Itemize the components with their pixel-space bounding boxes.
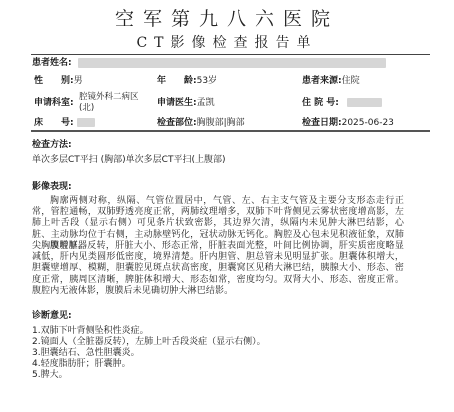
bed-no-redacted xyxy=(77,118,95,127)
dept-label: 申请科室: xyxy=(34,98,74,108)
bed-label: 床 号: xyxy=(34,118,74,128)
findings-paragraph-abdomen: 腹腔脏器反转，肝脏大小、形态正常，肝脏表面光整，叶间比例协调，肝实质密度略显减低… xyxy=(32,241,404,297)
diagnosis-item: 2.镜面人（全脏器反转），左肺上叶舌段炎症（显示右侧）。 xyxy=(32,337,266,348)
admission-no-redacted xyxy=(347,98,382,107)
doctor-field: 申请医生:孟凯 xyxy=(157,98,215,109)
gender-field: 性 别:男 xyxy=(34,76,83,87)
exam-part-field: 检查部位:胸腹部|胸部 xyxy=(157,118,245,129)
findings-label: 影像表现: xyxy=(32,182,72,193)
exam-date-value: 2025-06-23 xyxy=(342,118,394,128)
diagnosis-item: 1.双肺下叶背侧坠积性炎症。 xyxy=(32,326,266,337)
age-label: 年 龄: xyxy=(157,76,197,86)
patient-name-redacted xyxy=(78,58,386,68)
exam-part-label: 检查部位: xyxy=(157,118,197,128)
exam-method-label: 检查方法: xyxy=(32,140,72,151)
patient-source-label: 患者来源: xyxy=(302,76,342,86)
gender-label: 性 别: xyxy=(34,76,74,86)
exam-date-field: 检查日期:2025-06-23 xyxy=(302,118,394,129)
exam-part-value: 胸腹部|胸部 xyxy=(197,118,245,128)
dept-value-line2: (北) xyxy=(79,103,139,114)
info-divider xyxy=(31,130,430,132)
dept-field: 申请科室: xyxy=(34,98,74,109)
gender-value: 男 xyxy=(74,76,83,86)
age-value: 53岁 xyxy=(197,76,217,86)
patient-source-value: 住院 xyxy=(342,76,360,86)
diagnosis-item: 5.脾大。 xyxy=(32,370,266,381)
admission-no-label: 住 院 号: xyxy=(302,98,339,108)
dept-value-line1: 腔镜外科二病区 xyxy=(79,92,139,103)
diagnosis-label: 诊断意见: xyxy=(32,311,72,322)
patient-name-field: 患者姓名: xyxy=(32,58,72,69)
dept-value: 腔镜外科二病区 (北) xyxy=(79,92,139,114)
age-field: 年 龄:53岁 xyxy=(157,76,217,87)
diagnosis-item: 4.轻度脂肪肝；肝囊肿。 xyxy=(32,359,266,370)
report-title: CT影像检查报告单 xyxy=(0,34,454,52)
patient-source-field: 患者来源:住院 xyxy=(302,76,360,87)
hospital-name: 空军第九八六医院 xyxy=(0,8,454,30)
bed-field: 床 号: xyxy=(34,118,74,129)
admission-no-field: 住 院 号: xyxy=(302,98,339,109)
diagnosis-item: 3.胆囊结石、急性胆囊炎。 xyxy=(32,348,266,359)
patient-name-label: 患者姓名: xyxy=(32,58,72,68)
exam-date-label: 检查日期: xyxy=(302,118,342,128)
header-divider xyxy=(31,54,430,55)
doctor-label: 申请医生: xyxy=(157,98,197,108)
diagnosis-list: 1.双肺下叶背侧坠积性炎症。 2.镜面人（全脏器反转），左肺上叶舌段炎症（显示右… xyxy=(32,326,266,381)
doctor-value: 孟凯 xyxy=(197,98,215,108)
exam-method-value: 单次多层CT平扫 (胸部)单次多层CT平扫(上腹部) xyxy=(32,155,225,166)
